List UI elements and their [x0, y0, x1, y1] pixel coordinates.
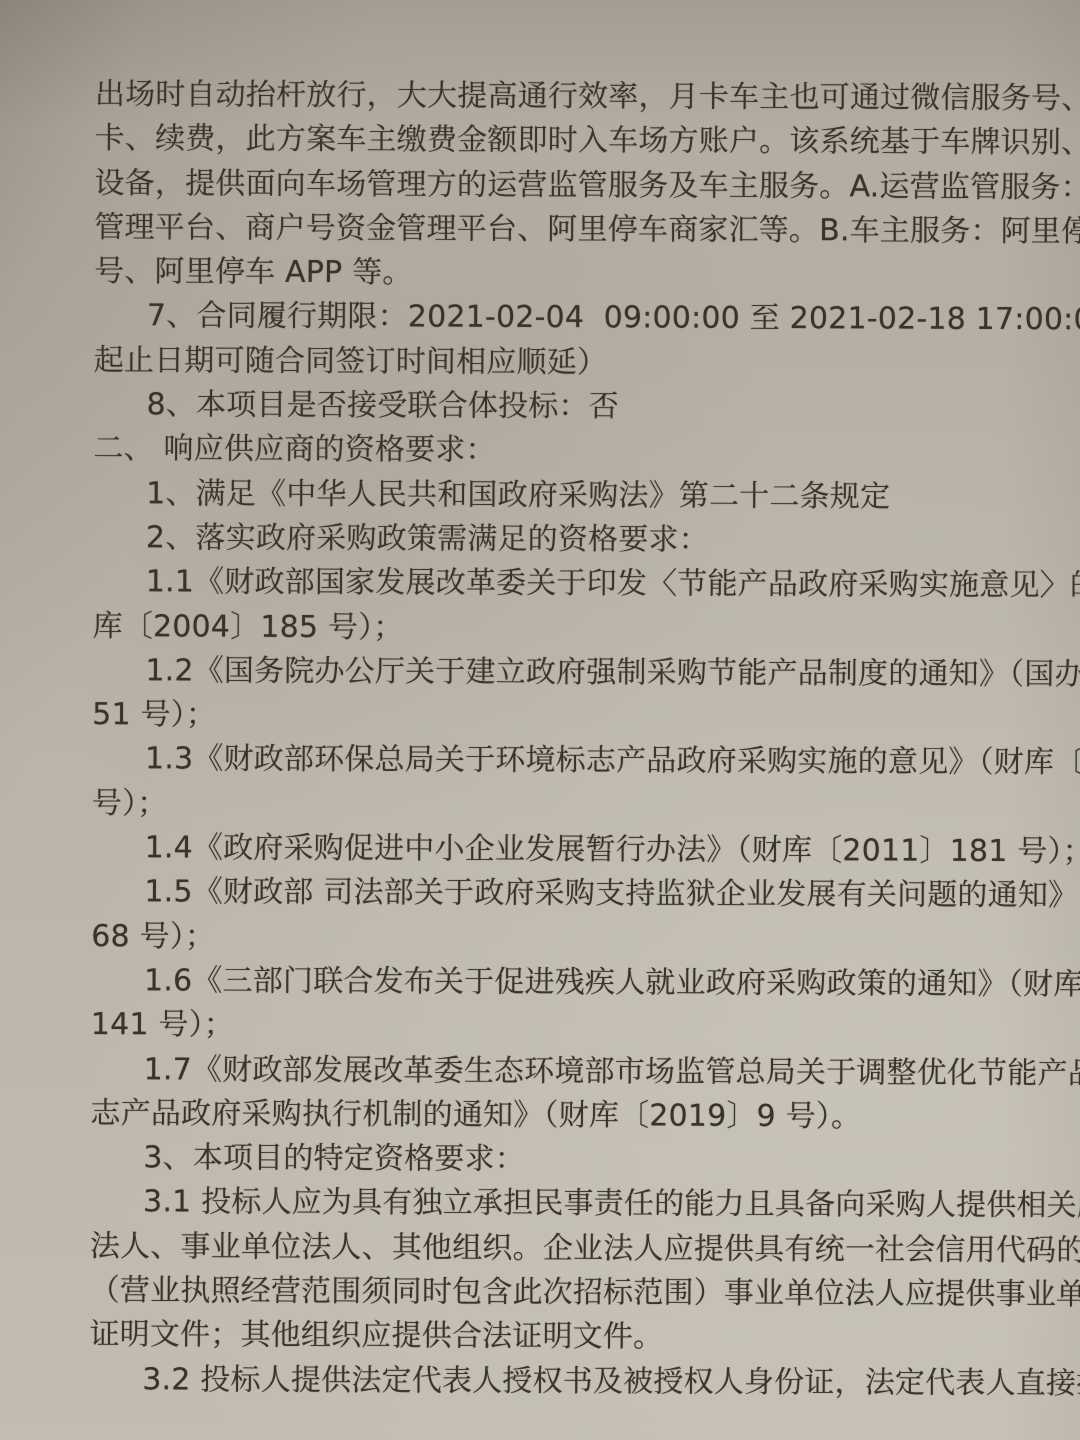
document-line: 出场时自动抬杆放行，大大提高通行效率，月卡车主也可通过微信服务号、APP 进行开: [95, 73, 995, 121]
document-line: 证明文件；其他组织应提供合法证明文件。: [89, 1313, 989, 1361]
document-line: 设备，提供面向车场管理方的运营监管服务及车主服务。A.运营监管服务：Web 运营: [94, 162, 994, 210]
document-line: 1.3《财政部环保总局关于环境标志产品政府采购实施的意见》（财库〔2006〕90: [92, 737, 992, 785]
document-line: 管理平台、商户号资金管理平台、阿里停车商家汇等。B.车主服务：阿里停车微信服务: [94, 206, 994, 254]
document-line: 法人、事业单位法人、其他组织。企业法人应提供具有统一社会信用代码的营业执照；: [90, 1225, 990, 1273]
document-line: （营业执照经营范围须同时包含此次招标范围）事业单位法人应提供事业单位法人证等: [90, 1269, 990, 1317]
document-line: 1.6《三部门联合发布关于促进残疾人就业政府采购政策的通知》（财库〔2017〕: [91, 959, 991, 1007]
document-line: 起止日期可随合同签订时间相应顺延）: [94, 339, 994, 387]
document-line: 3.1 投标人应为具有独立承担民事责任的能力且具备向采购人提供相关服务的企业: [90, 1180, 990, 1228]
document-line: 68 号）；: [91, 915, 991, 963]
document-line: 2、落实政府采购政策需满足的资格要求：: [93, 516, 993, 564]
document-photo: 出场时自动抬杆放行，大大提高通行效率，月卡车主也可通过微信服务号、APP 进行开…: [0, 0, 1080, 1440]
document-line: 8、本项目是否接受联合体投标：否: [93, 383, 993, 431]
document-line: 号、阿里停车 APP 等。: [94, 250, 994, 298]
document-line: 1.2《国务院办公厅关于建立政府强制采购节能产品制度的通知》（国办发〔2007〕: [92, 649, 992, 697]
document-line: 1、满足《中华人民共和国政府采购法》第二十二条规定: [93, 472, 993, 520]
document-line: 卡、续费，此方案车主缴费金额即时入车场方账户。该系统基于车牌识别、道闸等硬件: [95, 117, 995, 165]
document-line: 51 号）；: [92, 693, 992, 741]
document-line: 库〔2004〕185 号）；: [92, 605, 992, 653]
document-line: 3.2 投标人提供法定代表人授权书及被授权人身份证，法定代表人直接投标只须提: [89, 1358, 989, 1406]
document-text: 出场时自动抬杆放行，大大提高通行效率，月卡车主也可通过微信服务号、APP 进行开…: [89, 73, 995, 1406]
document-line: 1.7《财政部发展改革委生态环境部市场监管总局关于调整优化节能产品、环境标: [91, 1048, 991, 1096]
document-line: 1.1《财政部国家发展改革委关于印发〈节能产品政府采购实施意见〉的通知》（财: [93, 560, 993, 608]
document-line: 141 号）；: [91, 1003, 991, 1051]
document-line: 7、合同履行期限：2021-02-04 09:00:00 至 2021-02-1…: [94, 294, 994, 342]
document-line: 志产品政府采购执行机制的通知》（财库〔2019〕9 号）。: [90, 1092, 990, 1140]
document-line: 号）；: [92, 782, 992, 830]
document-line: 3、本项目的特定资格要求：: [90, 1136, 990, 1184]
document-line: 1.4《政府采购促进中小企业发展暂行办法》（财库〔2011〕181 号）；: [92, 826, 992, 874]
document-line: 二、 响应供应商的资格要求：: [93, 427, 993, 475]
document-line: 1.5《财政部 司法部关于政府采购支持监狱企业发展有关问题的通知》(财库〔201…: [91, 870, 991, 918]
